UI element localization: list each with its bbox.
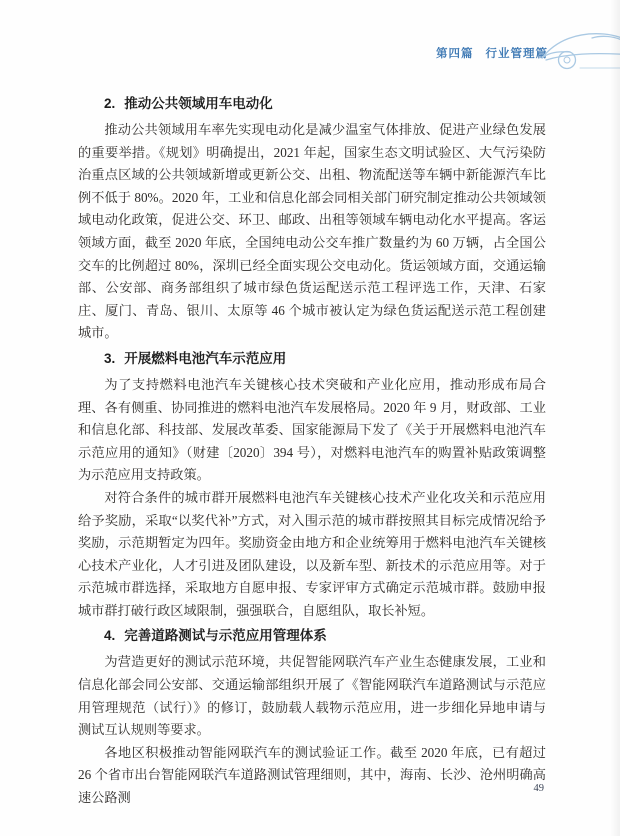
section-title: 开展燃料电池汽车示范应用	[124, 351, 286, 366]
paragraph: 为营造更好的测试示范环境，共促智能网联汽车产业生态健康发展，工业和信息化部会同公…	[78, 651, 546, 741]
document-page: 第四篇行业管理篇 2.推动公共领域用车电动化 推动公共领域用车率先实现电动化是减…	[0, 0, 620, 836]
running-header: 第四篇行业管理篇	[436, 45, 548, 61]
section-title: 推动公共领域用车电动化	[124, 96, 273, 111]
page-header: 第四篇行业管理篇	[0, 0, 620, 72]
page-content: 2.推动公共领域用车电动化 推动公共领域用车率先实现电动化是减少温室气体排放、促…	[78, 90, 546, 810]
paragraph: 各地区积极推动智能网联汽车的测试验证工作。截至 2020 年底，已有超过 26 …	[78, 742, 546, 810]
section-title: 完善道路测试与示范应用管理体系	[124, 628, 327, 643]
paragraph: 对符合条件的城市群开展燃料电池汽车关键核心技术产业化攻关和示范应用给予奖励，采取…	[78, 487, 546, 623]
section-label: 行业管理篇	[486, 48, 549, 60]
section-number: 3.	[104, 351, 115, 366]
section-heading-2: 2.推动公共领域用车电动化	[78, 95, 546, 113]
page-number: 49	[534, 783, 545, 794]
section-number: 2.	[104, 96, 115, 111]
section-heading-4: 4.完善道路测试与示范应用管理体系	[78, 627, 546, 645]
chapter-label: 第四篇	[436, 48, 474, 60]
section-number: 4.	[104, 628, 115, 643]
car-outline-icon	[540, 28, 620, 70]
paragraph: 为了支持燃料电池汽车关键核心技术突破和产业化应用，推动形成布局合理、各有侧重、协…	[78, 374, 546, 487]
paragraph: 推动公共领域用车率先实现电动化是减少温室气体排放、促进产业绿色发展的重要举措。《…	[78, 119, 546, 345]
section-heading-3: 3.开展燃料电池汽车示范应用	[78, 350, 546, 368]
